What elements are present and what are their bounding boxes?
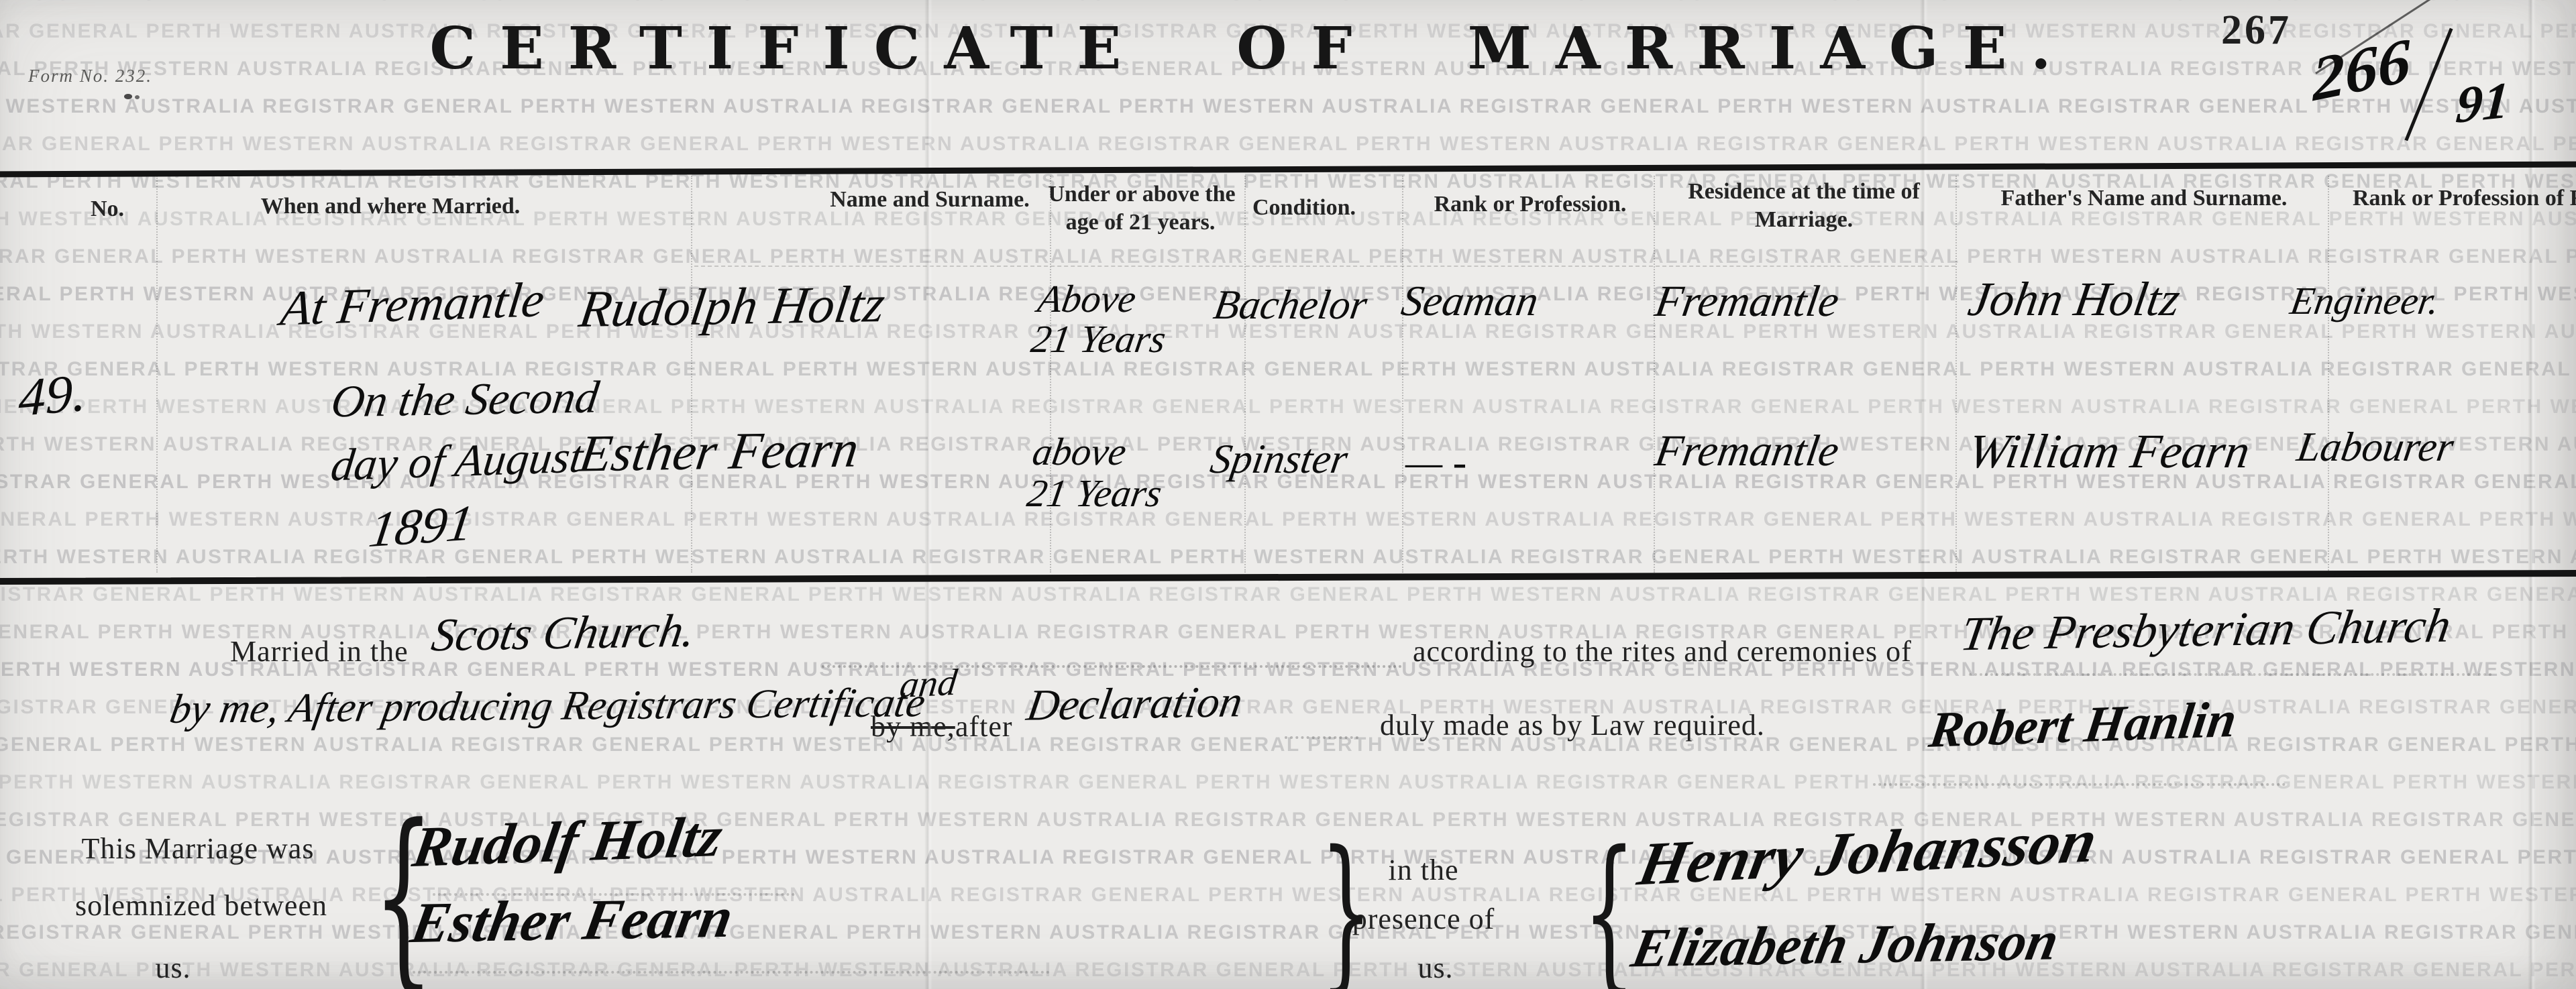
column-divider xyxy=(691,176,692,573)
bride-residence: Fremantle xyxy=(1652,426,1843,477)
bride-name: Esther Fearn xyxy=(576,418,863,483)
groom-rank: Seaman xyxy=(1398,276,1542,326)
col-header-residence-line1: Residence at the time of xyxy=(1688,178,1920,205)
column-divider xyxy=(1244,176,1246,573)
fold-crease xyxy=(924,0,932,989)
col-header-rank: Rank or Profession. xyxy=(1434,191,1627,218)
solemnized-line1: This Marriage was xyxy=(82,831,315,866)
bride-rank: — - xyxy=(1405,439,1466,487)
bride-age-line2: 21 Years xyxy=(1024,471,1165,516)
registration-number-printed: 267 xyxy=(2221,7,2292,54)
by-me-clause-handwritten: by me, After producing Registrars Certif… xyxy=(166,679,928,734)
according-label: according to the rites and ceremonies of xyxy=(1413,634,1912,668)
entry-when-where-line2: On the Second xyxy=(328,371,602,428)
ink-speck xyxy=(124,94,132,99)
married-in-the-label: Married in the xyxy=(230,634,409,668)
denomination-handwritten: The Presbyterian Church xyxy=(1957,598,2455,662)
inserted-and-handwritten: and xyxy=(898,661,960,707)
presence-line1: in the xyxy=(1389,853,1459,887)
entry-when-where-line4: 1891 xyxy=(366,494,477,559)
groom-age-line2: 21 Years xyxy=(1028,316,1169,361)
groom-age-line1: Above xyxy=(1035,276,1140,321)
form-number: Form No. 232. xyxy=(28,66,152,86)
column-divider xyxy=(156,176,158,573)
entry-when-where-line3: day of August xyxy=(328,430,586,492)
bride-father-name: William Fearn xyxy=(1964,424,2253,479)
entry-when-where-line1: At Fremantle xyxy=(278,272,547,338)
solemnized-line3: us. xyxy=(155,951,191,985)
groom-name: Rudolph Holtz xyxy=(576,274,889,339)
header-underline xyxy=(694,266,1955,267)
col-header-age-line2: age of 21 years. xyxy=(1066,209,1216,236)
bride-father-rank: Labourer xyxy=(2294,424,2457,471)
leader-dots xyxy=(1285,736,1358,739)
groom-signature: Rudolf Holtz xyxy=(409,803,727,880)
groom-father-name: John Holtz xyxy=(1964,272,2184,327)
groom-residence: Fremantle xyxy=(1652,276,1843,327)
witness-brace: { xyxy=(1582,846,1635,979)
col-header-residence-line2: Marriage. xyxy=(1755,207,1853,233)
witness2-signature: Elizabeth Johnson xyxy=(1627,909,2064,980)
bride-age-line1: above xyxy=(1030,429,1130,474)
col-header-condition: Condition. xyxy=(1252,194,1356,221)
registration-year-handwritten: 91 xyxy=(2454,70,2511,135)
bride-signature: Esther Fearn xyxy=(406,884,738,956)
col-header-age-line1: Under or above the xyxy=(1048,181,1235,208)
leader-dots xyxy=(1969,673,2492,676)
duly-made-label: duly made as by Law required. xyxy=(1380,708,1765,742)
watermark-text-row: REGISTRAR GENERAL PERTH WESTERN AUSTRALI… xyxy=(0,95,2576,118)
watermark-text-row: REGISTRAR GENERAL PERTH WESTERN AUSTRALI… xyxy=(0,245,2576,268)
declaration-handwritten: Declaration xyxy=(1023,677,1246,732)
col-header-father: Father's Name and Surname. xyxy=(2001,185,2288,212)
minister-signature: Robert Hanlin xyxy=(1926,691,2241,760)
watermark-text-row: REGISTRAR GENERAL PERTH WESTERN AUSTRALI… xyxy=(0,133,2576,156)
column-divider xyxy=(1955,176,1957,573)
presence-line3: us. xyxy=(1417,951,1453,985)
groom-father-rank: Engineer. xyxy=(2288,278,2443,323)
ink-speck xyxy=(135,95,140,99)
watermark-text-row: REGISTRAR GENERAL PERTH WESTERN AUSTRALI… xyxy=(0,0,2576,5)
column-divider xyxy=(1402,176,1403,573)
presence-line2: presence of xyxy=(1352,902,1495,936)
col-header-when-where: When and where Married. xyxy=(261,193,521,220)
entry-number: 49. xyxy=(18,363,87,429)
after-label: after xyxy=(955,709,1013,744)
leader-dots xyxy=(413,971,1050,974)
church-handwritten: Scots Church. xyxy=(428,605,699,663)
groom-condition: Bachelor xyxy=(1210,282,1371,329)
column-divider xyxy=(2328,176,2329,573)
certificate-page: REGISTRAR GENERAL PERTH WESTERN AUSTRALI… xyxy=(0,0,2576,989)
solemnized-line2: solemnized between xyxy=(75,888,327,923)
column-divider xyxy=(1654,176,1655,573)
col-header-no: No. xyxy=(91,196,124,223)
page-title: CERTIFICATE OF MARRIAGE. xyxy=(430,15,2076,82)
fold-crease xyxy=(2528,0,2536,989)
leader-dots xyxy=(1873,783,2286,786)
col-header-father-rank: Rank or Profession of Father. xyxy=(2353,185,2576,212)
presence-brace-left: } xyxy=(1320,846,1373,979)
bride-condition: Spinster xyxy=(1207,436,1350,483)
